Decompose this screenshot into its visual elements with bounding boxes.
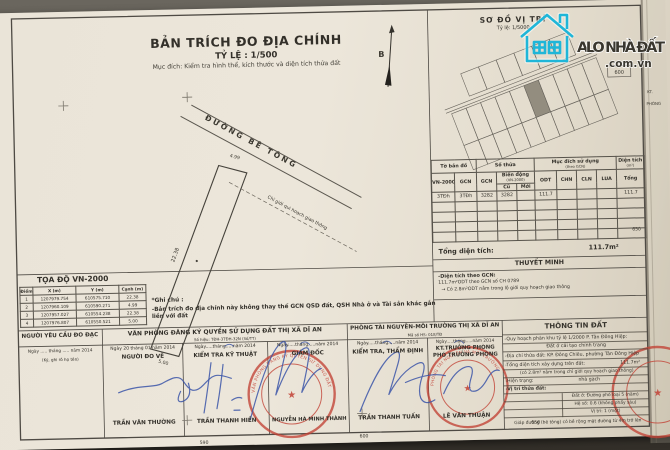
watermark-brand: ALO NHÀ ĐẤT xyxy=(577,36,665,56)
adjacent-page-text-2: PHÒNG xyxy=(646,101,661,106)
cell-lua xyxy=(597,188,617,198)
header-odt: ODT xyxy=(534,171,556,190)
cell-moi xyxy=(517,190,535,200)
grid-label-bottom-1: 590 xyxy=(200,440,209,446)
header-gcn-1: GCN xyxy=(454,172,476,191)
cell-chn xyxy=(557,189,577,199)
land-info-panel: THÔNG TIN ĐẤT -Quy hoạch phân khu tỷ lệ … xyxy=(502,317,649,429)
highlighted-parcel xyxy=(524,80,551,117)
north-label: B xyxy=(378,50,384,59)
total-area-label: Tổng diện tích: xyxy=(439,247,494,256)
cell-cln xyxy=(577,189,597,199)
col-group-so-thua: Số thửa xyxy=(476,158,534,172)
stamp-star-icon: ★ xyxy=(653,388,662,399)
total-area-value: 111.7m² xyxy=(588,243,618,252)
header-lua: LUA xyxy=(596,169,616,188)
header-tong: Tổng xyxy=(616,169,644,189)
dimension-length: 22.38 xyxy=(170,247,181,263)
watermark-domain: .com.vn xyxy=(605,58,652,70)
col-group-dien-tich: Diện tích (m²) xyxy=(616,156,644,170)
boundary-note: Chỉ giới qui hoạch giao thông xyxy=(266,194,329,232)
coordinates-table: Điểm X (m) Y (m) Cạnh (m) 11207979.75461… xyxy=(19,284,147,328)
photographed-cadastral-document: B ĐƯỜNG BÊ TÔNG Chỉ giới qui hoạch giao … xyxy=(0,0,670,450)
header-cln: CLN xyxy=(576,170,596,189)
header-chn: CHN xyxy=(556,170,576,189)
stamp-star-icon: ★ xyxy=(287,390,296,401)
header-bien-dong: Biến động (VN-2000) xyxy=(496,171,534,184)
muc-dich-note: (theo GCN) xyxy=(535,163,616,169)
dien-tich-label: Diện tích xyxy=(617,158,644,164)
north-arrow: B xyxy=(378,25,396,87)
construction-value: 111.7m² xyxy=(620,358,640,367)
status-label: -Hiện trạng: xyxy=(505,379,533,385)
adjacent-page-text-1: KT. xyxy=(647,89,653,94)
cell-vn2000: 3TĐh xyxy=(432,192,455,202)
red-stamp-vpdk: VĂN PHÒNG ĐĂNG KÝ QUYỀN SỬ DỤNG ĐẤT ★ xyxy=(248,350,336,438)
cell-odt: 111.7 xyxy=(535,190,557,200)
dien-tich-note: (m²) xyxy=(617,163,644,168)
header-gcn-2: GCN xyxy=(476,172,496,191)
parcel-table: Tờ bản đồ Số thửa Mục đích sử dụng (theo… xyxy=(431,155,647,243)
explanation-line-1: -Diện tích theo GCN: xyxy=(438,273,496,280)
col-group-to-ban-do: Tờ bản đồ xyxy=(431,159,476,173)
bien-dong-note: (VN-2000) xyxy=(497,178,534,183)
note-label: *Ghi chú : xyxy=(152,297,184,304)
dimension-width-top: 4.99 xyxy=(229,153,240,161)
construction-label: -Tổng diện tích xây dựng trên đất: xyxy=(505,362,585,369)
cell-gcn-1: 3TĐh xyxy=(455,191,477,201)
cell-gcn-2: 3282 xyxy=(477,191,497,201)
cell-tong: 111.7 xyxy=(617,188,645,199)
dimension-width-bottom: 5.00 xyxy=(158,359,169,367)
header-vn2000: VN-2000 xyxy=(431,173,454,192)
road-label: ĐƯỜNG BÊ TÔNG xyxy=(203,113,299,170)
watermark-logo: ALO NHÀ ĐẤT .com.vn xyxy=(487,6,670,81)
cell-cu: 3282 xyxy=(497,191,517,201)
grid-label-bottom-2: 600 xyxy=(360,433,369,439)
coordinates-title: TỌA ĐỘ VN-2000 xyxy=(37,274,108,285)
